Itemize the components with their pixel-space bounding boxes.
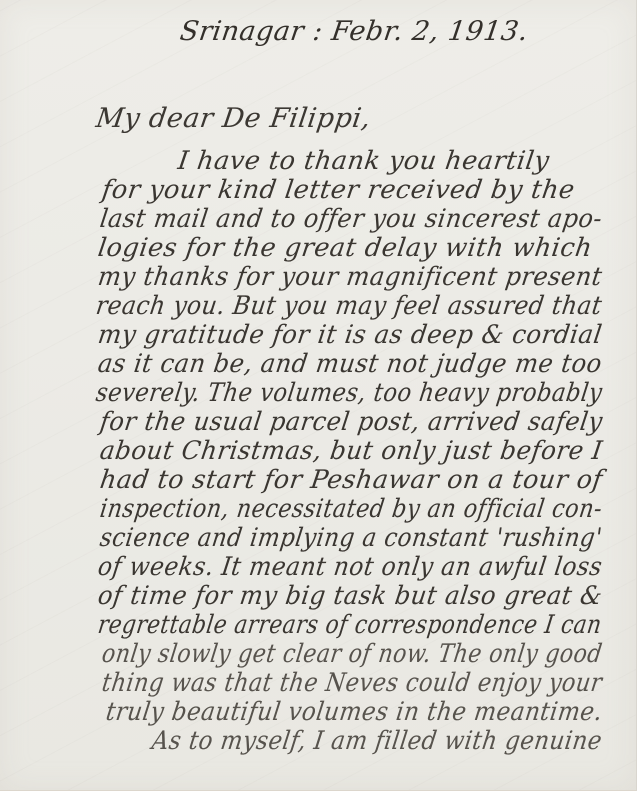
salutation: My dear De Filippi,	[94, 103, 373, 134]
letter-line: thing was that the Neves could enjoy you…	[100, 668, 604, 698]
letter-line: inspection, necessitated by an official …	[98, 494, 604, 524]
letter-line: about Christmas, but only just before I	[98, 436, 604, 466]
letter-line: science and implying a constant 'rushing…	[98, 523, 604, 553]
letter-line: my gratitude for it is as deep & cordial	[96, 320, 604, 350]
letter-line: I have to thank you heartily	[176, 146, 551, 176]
letter-line: for your kind letter received by the	[100, 175, 577, 205]
letter-line: reach you. But you may feel assured that	[94, 291, 604, 321]
letter-line: had to start for Peshawar on a tour of	[98, 465, 605, 495]
letter-line: As to myself, I am filled with genuine	[150, 726, 604, 756]
letter-line: logies for the great delay with which	[96, 233, 594, 263]
letter-line: severely. The volumes, too heavy probabl…	[94, 378, 604, 408]
letter-line: only slowly get clear of now. The only g…	[100, 639, 604, 669]
letter-line: as it can be, and must not judge me too	[96, 349, 604, 379]
letter-line: last mail and to offer you sincerest apo…	[98, 204, 604, 234]
letter-line: of weeks. It meant not only an awful los…	[96, 552, 604, 582]
letter-line: for the usual parcel post, arrived safel…	[98, 407, 605, 437]
place-date-heading: Srinagar : Febr. 2, 1913.	[178, 16, 530, 47]
letter-line: regrettable arrears of correspondence I …	[96, 610, 604, 640]
letter-line: truly beautiful volumes in the meantime.	[104, 697, 604, 727]
letter-line: of time for my big task but also great &	[96, 581, 604, 611]
letter-line: my thanks for your magnificent present	[96, 262, 604, 292]
letter-page: Srinagar : Febr. 2, 1913. My dear De Fil…	[0, 0, 637, 791]
